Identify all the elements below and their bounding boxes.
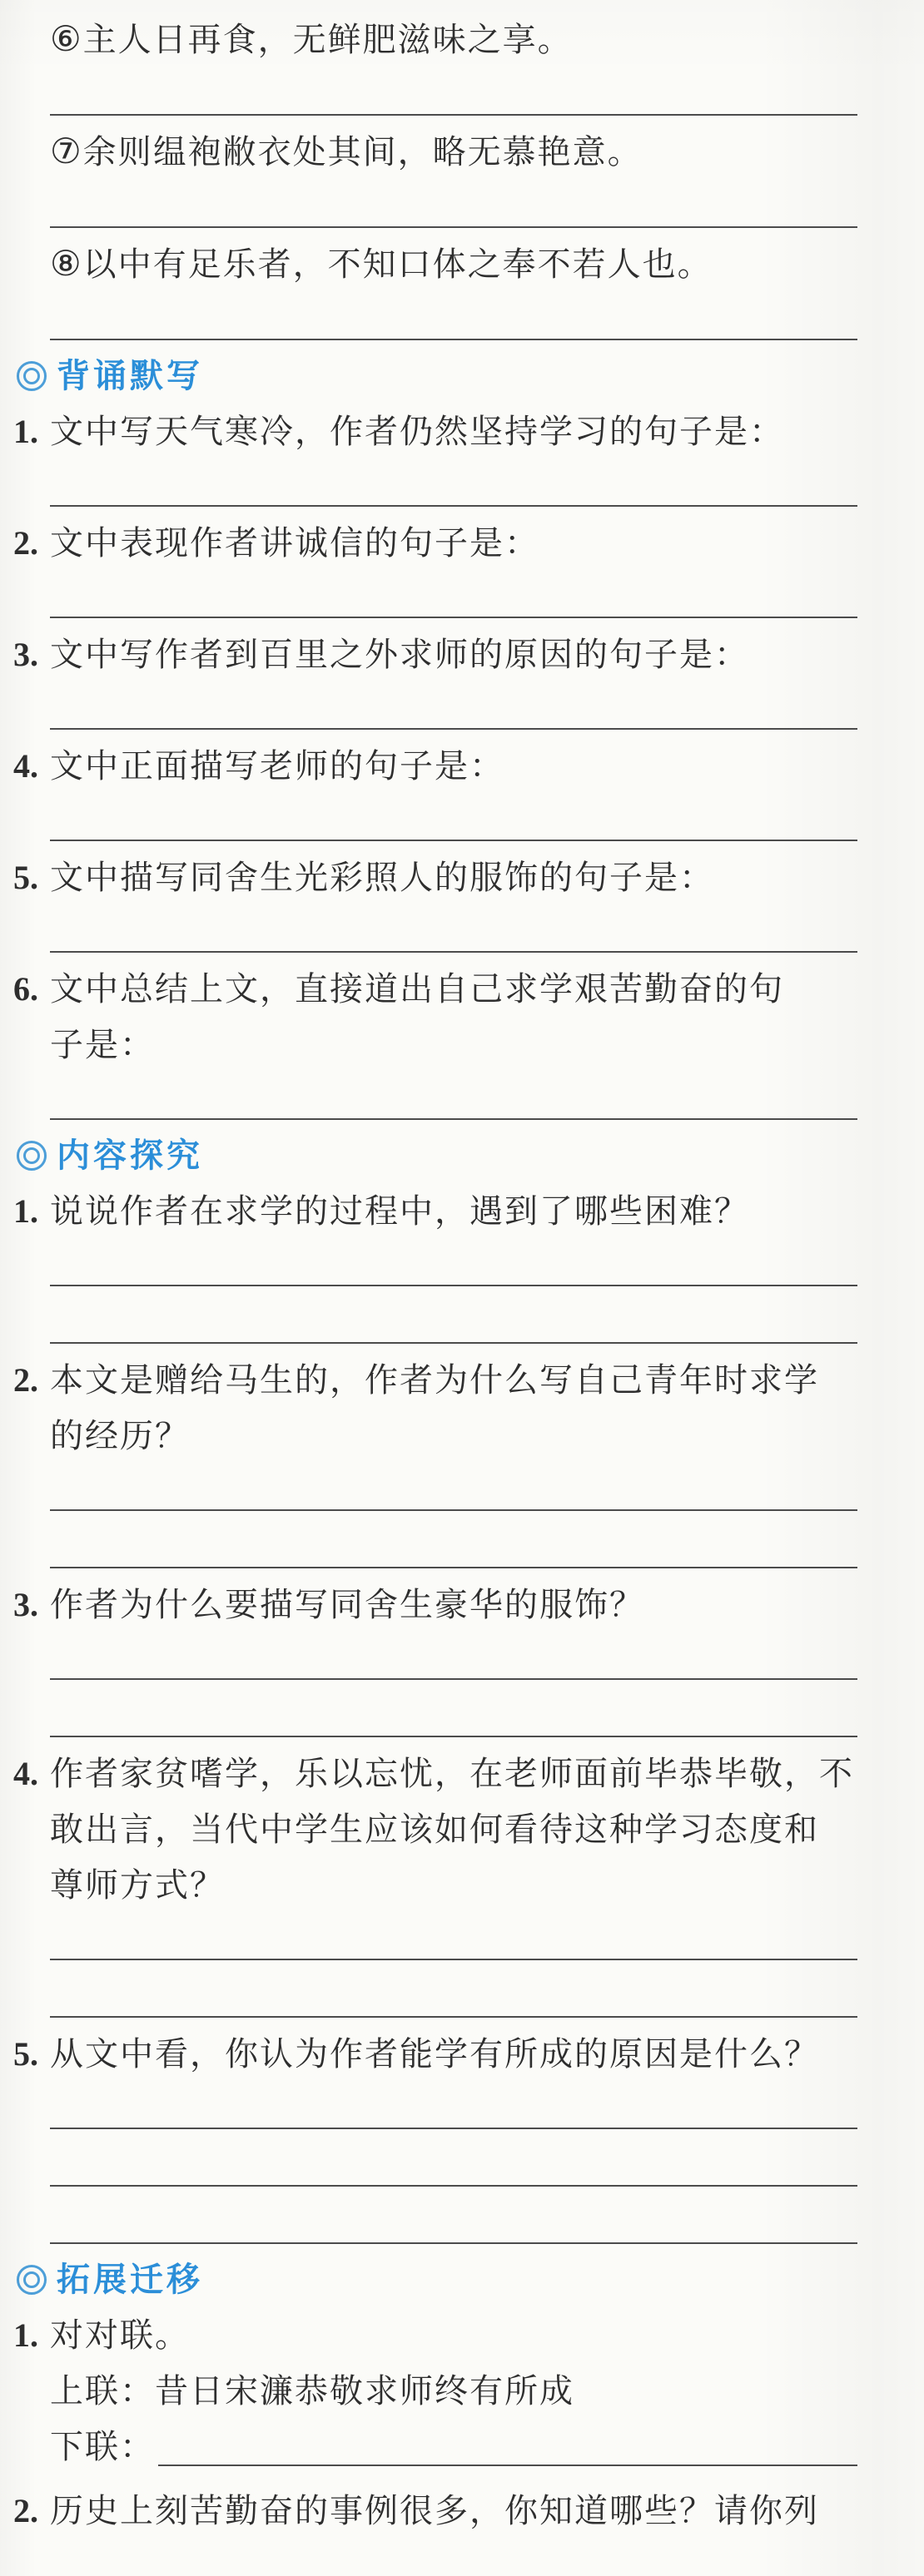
circled-number-8: ⑧	[50, 245, 82, 284]
question-text: 文中写作者到百里之外求师的原因的句子是：	[50, 627, 857, 682]
translation-text: 主人日再食，无鲜肥滋味之享。	[83, 21, 573, 58]
answer-line	[50, 505, 857, 507]
answer-line	[50, 2185, 857, 2187]
question-number: 3.	[13, 1577, 38, 1632]
section-title: 背诵默写	[57, 355, 203, 397]
question-text: 从文中看，你认为作者能学有所成的原因是什么？	[50, 2026, 857, 2082]
question: 6. 文中总结上文，直接道出自己求学艰苦勤奋的句 子是：	[50, 961, 857, 1073]
answer-line	[50, 1342, 857, 1344]
question-number: 2.	[13, 2483, 38, 2539]
question: 3. 文中写作者到百里之外求师的原因的句子是：	[50, 627, 857, 682]
answer-line	[50, 1678, 857, 1680]
question-number: 4.	[13, 1746, 38, 1801]
answer-line	[50, 617, 857, 618]
question-number: 1.	[13, 1183, 38, 1239]
couplet-second-label: 下联：	[50, 2419, 155, 2474]
answer-line	[50, 1118, 857, 1120]
answer-line	[50, 840, 857, 841]
question-text: 文中写天气寒冷，作者仍然坚持学习的句子是：	[50, 404, 857, 459]
couplet-answer-blank	[158, 2419, 857, 2466]
question: 5. 文中描写同舍生光彩照人的服饰的句子是：	[50, 850, 857, 905]
question: 1. 文中写天气寒冷，作者仍然坚持学习的句子是：	[50, 404, 857, 459]
question-text: 文中描写同舍生光彩照人的服饰的句子是：	[50, 850, 857, 905]
answer-line	[50, 1285, 857, 1286]
section-title: 拓展迁移	[57, 2259, 203, 2301]
answer-line	[50, 1567, 857, 1568]
answer-line	[50, 114, 857, 116]
answer-line	[50, 728, 857, 730]
double-circle-bullet-icon	[17, 2265, 47, 2295]
translation-item-7: ⑦余则缊袍敝衣处其间，略无慕艳意。	[50, 124, 857, 181]
question-number: 4.	[13, 738, 38, 794]
question-text: 对对联。	[50, 2307, 857, 2363]
question-text: 本文是赠给马生的，作者为什么写自己青年时求学 的经历？	[50, 1352, 857, 1464]
answer-line	[50, 1959, 857, 1960]
question: 3. 作者为什么要描写同舍生豪华的服饰？	[50, 1577, 857, 1632]
translation-text: 以中有足乐者，不知口体之奉不若人也。	[83, 245, 713, 283]
circled-number-6: ⑥	[50, 21, 82, 59]
question-number: 5.	[13, 2026, 38, 2082]
question: 2. 历史上刻苦勤奋的事例很多，你知道哪些？请你列	[50, 2483, 857, 2539]
section-header-extension: 拓展迁移	[17, 2259, 857, 2301]
question-text: 文中总结上文，直接道出自己求学艰苦勤奋的句 子是：	[50, 961, 857, 1073]
question-number: 1.	[13, 404, 38, 459]
section-header-recitation: 背诵默写	[17, 355, 857, 397]
couplet-first-text: 昔日宋濂恭敬求师终有所成	[155, 2363, 574, 2419]
question-text: 作者为什么要描写同舍生豪华的服饰？	[50, 1577, 857, 1632]
question-number: 3.	[13, 627, 38, 682]
question: 4. 文中正面描写老师的句子是：	[50, 738, 857, 794]
question-number: 2.	[13, 515, 38, 571]
double-circle-bullet-icon	[17, 361, 47, 391]
section-header-content-inquiry: 内容探究	[17, 1135, 857, 1177]
question-number: 1.	[13, 2307, 38, 2363]
couplet-first-label: 上联：	[50, 2363, 155, 2419]
question-number: 2.	[13, 1352, 38, 1408]
question-text: 作者家贫嗜学，乐以忘忧，在老师面前毕恭毕敬，不 敢出言，当代中学生应该如何看待这…	[50, 1746, 857, 1913]
answer-line	[50, 226, 857, 228]
question: 2. 本文是赠给马生的，作者为什么写自己青年时求学 的经历？	[50, 1352, 857, 1464]
question-text: 历史上刻苦勤奋的事例很多，你知道哪些？请你列	[50, 2483, 857, 2539]
answer-line	[50, 1736, 857, 1737]
translation-item-8: ⑧以中有足乐者，不知口体之奉不若人也。	[50, 236, 857, 293]
worksheet-page: ⑥主人日再食，无鲜肥滋味之享。 ⑦余则缊袍敝衣处其间，略无慕艳意。 ⑧以中有足乐…	[0, 0, 924, 2576]
question: 1. 说说作者在求学的过程中，遇到了哪些困难？	[50, 1183, 857, 1239]
question: 5. 从文中看，你认为作者能学有所成的原因是什么？	[50, 2026, 857, 2082]
answer-line	[50, 1509, 857, 1511]
answer-line	[50, 2242, 857, 2244]
question: 2. 文中表现作者讲诚信的句子是：	[50, 515, 857, 571]
couplet-first-line: 上联：昔日宋濂恭敬求师终有所成	[50, 2363, 857, 2419]
question-text: 说说作者在求学的过程中，遇到了哪些困难？	[50, 1183, 857, 1239]
question-number: 6.	[13, 961, 38, 1017]
answer-line	[50, 951, 857, 953]
question-text: 文中正面描写老师的句子是：	[50, 738, 857, 794]
question-text: 文中表现作者讲诚信的句子是：	[50, 515, 857, 571]
question-couplet: 1. 对对联。 上联：昔日宋濂恭敬求师终有所成 下联：	[50, 2307, 857, 2474]
question-number: 5.	[13, 850, 38, 905]
circled-number-7: ⑦	[50, 133, 82, 171]
answer-line	[50, 339, 857, 340]
couplet-second-line: 下联：	[50, 2419, 857, 2474]
translation-text: 余则缊袍敝衣处其间，略无慕艳意。	[83, 133, 643, 171]
answer-line	[50, 2016, 857, 2018]
question: 4. 作者家贫嗜学，乐以忘忧，在老师面前毕恭毕敬，不 敢出言，当代中学生应该如何…	[50, 1746, 857, 1913]
double-circle-bullet-icon	[17, 1141, 47, 1171]
section-title: 内容探究	[57, 1135, 203, 1177]
translation-item-6: ⑥主人日再食，无鲜肥滋味之享。	[50, 12, 857, 68]
answer-line	[50, 2128, 857, 2129]
